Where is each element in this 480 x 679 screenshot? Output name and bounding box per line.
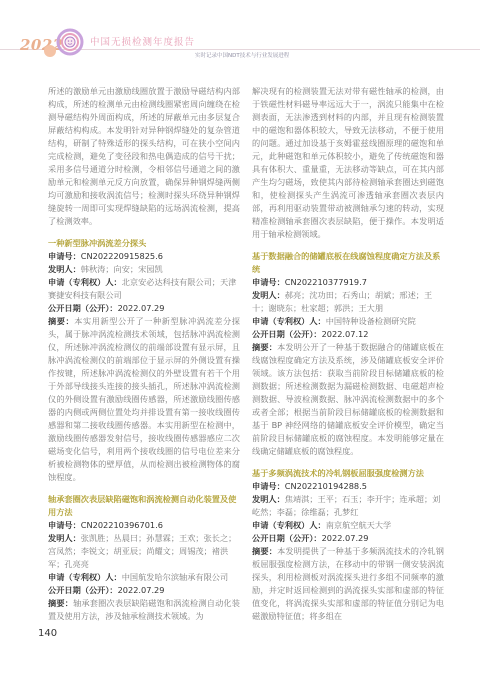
inventors-label: 发明人： [252, 494, 285, 504]
abstract-label: 摘要： [252, 546, 277, 556]
abstract-value: 本发明公开了一种基于数据融合的储罐底板在线腐蚀程度确定方法及系统，涉及储罐底板安… [252, 342, 444, 456]
app-no-label: 申请号： [252, 481, 285, 491]
patent-title: 基于数据融合的储罐底板在线腐蚀程度确定方法及系统 [252, 250, 444, 276]
report-logo-icon [56, 28, 84, 56]
patent-entry: 一种新型脉冲涡流差分探头 申请号：CN202220915825.6 发明人：韩秋… [48, 237, 240, 484]
app-no-value: CN202220915825.6 [81, 251, 163, 261]
patent-title: 一种新型脉冲涡流差分探头 [48, 237, 240, 250]
app-no-value: CN202210377919.7 [285, 277, 367, 287]
decorative-dot-icon [44, 45, 56, 57]
applicant-label: 申请（专利权）人： [48, 572, 122, 582]
patent-title: 基于多频涡流技术的冷轧钢板屈服强度检测方法 [252, 467, 444, 480]
abstract-value: 轴承套圈次表层缺陷磁饱和涡流检测自动化装置及使用方法，涉及轴承检测技术领域。为 [48, 598, 240, 621]
applicant-label: 申请（专利权）人： [48, 277, 122, 287]
patent-title: 轴承套圈次表层缺陷磁饱和涡流检测自动化装置及使用方法 [48, 493, 240, 519]
applicant-label: 申请（专利权）人： [252, 520, 326, 530]
applicant-value: 中国特种设备检测研究院 [326, 316, 416, 326]
applicant-label: 申请（专利权）人： [252, 316, 326, 326]
pub-date-label: 公开日期（公开）： [252, 533, 322, 543]
applicant-value: 南京航空航天大学 [326, 520, 392, 530]
inventors-label: 发明人： [48, 533, 81, 543]
abstract-value: 本发明提供了一种基于多频涡流技术的冷轧钢板屈服强度检测方法，在移动中的带钢一侧安… [252, 546, 444, 621]
abstract-label: 摘要： [48, 316, 74, 326]
abstract-label: 摘要： [252, 342, 277, 352]
abstract-label: 摘要： [48, 598, 73, 608]
patent-entry: 基于多频涡流技术的冷轧钢板屈服强度检测方法 申请号：CN202210194288… [252, 467, 444, 623]
app-no-label: 申请号： [48, 251, 81, 261]
inventors-value: 韩秋涛；向安；宋园凯 [81, 264, 163, 274]
page-number: 140 [38, 628, 57, 639]
patent-entry: 轴承套圈次表层缺陷磁饱和涡流检测自动化装置及使用方法 申请号：CN2022103… [48, 493, 240, 623]
app-no-label: 申请号： [48, 520, 81, 530]
inventors-label: 发明人： [48, 264, 81, 274]
patent-entry: 基于数据融合的储罐底板在线腐蚀程度确定方法及系统 申请号：CN202210377… [252, 250, 444, 458]
pub-date-value: 2022.07.29 [118, 303, 165, 313]
left-column: 所述的激励单元由激励线圈放置于激励导磁结构内部构成，所述的检测单元由检测线圈紧密… [48, 85, 240, 623]
pub-date-label: 公开日期（公开）： [48, 585, 118, 595]
pub-date-value: 2022.07.29 [118, 585, 165, 595]
abstract-value: 本实用新型公开了一种新型脉冲涡流差分探头，属于脉冲涡流检测技术领域，包括脉冲涡流… [48, 316, 240, 482]
app-no-value: CN202210194288.5 [285, 481, 367, 491]
inventors-label: 发明人： [252, 290, 285, 300]
report-header: 2022 中国无损检测年度报告 实时记录中国NDT技术与行业发展进程 [0, 0, 480, 70]
pub-date-label: 公开日期（公开）： [252, 329, 322, 339]
header-title: 中国无损检测年度报告 [90, 34, 195, 48]
continued-paragraph: 所述的激励单元由激励线圈放置于激励导磁结构内部构成，所述的检测单元由检测线圈紧密… [48, 85, 240, 228]
app-no-label: 申请号： [252, 277, 285, 287]
app-no-value: CN202210396701.6 [81, 520, 163, 530]
pub-date-label: 公开日期（公开）： [48, 303, 118, 313]
applicant-value: 中国航发哈尔滨轴承有限公司 [122, 572, 228, 582]
header-subtitle: 实时记录中国NDT技术与行业发展进程 [195, 51, 289, 59]
right-column: 解决现有的检测装置无法对带有磁性轴承的检测，由于铁磁性材料磁导率远远大于一，涡流… [252, 85, 444, 623]
pub-date-value: 2022.07.29 [322, 533, 369, 543]
pub-date-value: 2022.07.12 [322, 329, 369, 339]
continued-paragraph: 解决现有的检测装置无法对带有磁性轴承的检测，由于铁磁性材料磁导率远远大于一，涡流… [252, 85, 444, 241]
